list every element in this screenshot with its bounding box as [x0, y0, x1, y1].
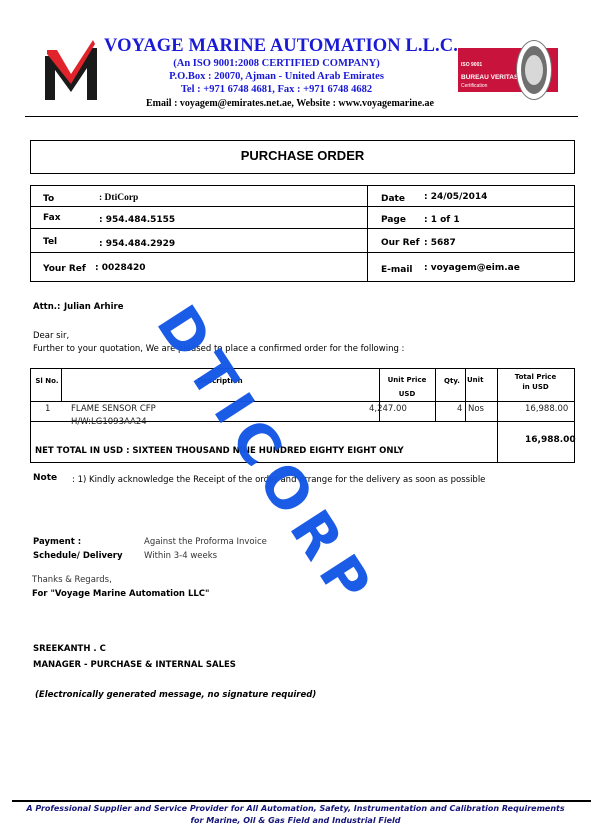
bureau-veritas-seal-icon — [516, 40, 552, 100]
cert-certification-label: Certification — [461, 83, 487, 89]
row-qty: 4 — [457, 404, 462, 414]
net-total-value: 16,988.00 — [525, 435, 576, 445]
col-total-price-currency: in USD — [497, 383, 574, 391]
date-label: Date — [381, 194, 405, 204]
attn-value: Julian Arhire — [64, 302, 123, 312]
to-label: To — [43, 194, 54, 204]
phone-line: Tel : +971 6748 4681, Fax : +971 6748 46… — [104, 84, 449, 95]
note-label: Note — [33, 473, 57, 483]
row-unit-price: 4,247.00 — [369, 404, 407, 414]
tel-value: : 954.484.2929 — [99, 239, 175, 249]
certification-badge: ISO 9001 BUREAU VERITAS Certification — [458, 40, 558, 102]
signatory-name: SREEKANTH . C — [33, 644, 106, 654]
cert-bv-label: BUREAU VERITAS — [461, 74, 518, 81]
net-total-words: NET TOTAL IN USD : SIXTEEN THOUSAND NINE… — [35, 446, 404, 456]
row-description: FLAME SENSOR CFP — [71, 404, 156, 414]
fax-label: Fax — [43, 213, 61, 223]
page-title: PURCHASE ORDER — [31, 148, 574, 163]
contact-line: Email : voyagem@emirates.net.ae, Website… — [100, 98, 480, 109]
regards-text: Thanks & Regards, — [32, 575, 112, 585]
col-unit: Unit — [467, 376, 481, 384]
page-value: : 1 of 1 — [424, 215, 460, 225]
col-qty: Qty. — [435, 377, 469, 385]
header-divider — [25, 116, 578, 117]
for-company: For "Voyage Marine Automation LLC" — [32, 589, 209, 599]
col-description: Description — [61, 377, 379, 385]
our-ref-label: Our Ref — [381, 238, 420, 248]
row-sl-no: 1 — [45, 404, 50, 414]
your-ref-value: : 0028420 — [95, 263, 146, 273]
your-ref-label: Your Ref — [43, 264, 86, 274]
note-text: : 1) Kindly acknowledge the Receipt of t… — [72, 475, 485, 485]
delivery-value: Within 3-4 weeks — [144, 551, 217, 561]
disclaimer: (Electronically generated message, no si… — [35, 690, 316, 700]
email-label: E-mail — [381, 265, 413, 275]
row-part-number: H/W:LG1093AA24 — [71, 417, 147, 427]
fax-value: : 954.484.5155 — [99, 215, 175, 225]
row-unit: Nos — [468, 404, 484, 414]
payment-label: Payment : — [33, 537, 81, 547]
certification-line: (An ISO 9001:2008 CERTIFIED COMPANY) — [104, 58, 449, 69]
col-unit-price-currency: USD — [379, 390, 435, 398]
footer-tagline-1: A Professional Supplier and Service Prov… — [0, 804, 591, 813]
signatory-title: MANAGER - PURCHASE & INTERNAL SALES — [33, 660, 236, 670]
info-table: To : DtiCorp Fax : 954.484.5155 Tel : 95… — [30, 185, 575, 282]
delivery-label: Schedule/ Delivery — [33, 551, 123, 561]
page-label: Page — [381, 215, 406, 225]
footer-divider — [12, 800, 591, 802]
salutation: Dear sir, — [33, 331, 69, 341]
address-line: P.O.Box : 20070, Ajman - United Arab Emi… — [104, 71, 449, 82]
footer-tagline-2: for Marine, Oil & Gas Field and Industri… — [0, 816, 591, 825]
cert-iso-label: ISO 9001 — [461, 62, 482, 68]
intro-text: Further to your quotation, We are please… — [33, 344, 404, 354]
col-unit-price: Unit Price — [379, 376, 435, 384]
items-table: Sl No. Description Unit Price USD Qty. U… — [30, 368, 575, 463]
payment-value: Against the Proforma Invoice — [144, 537, 267, 547]
to-value: : DtiCorp — [99, 193, 138, 203]
col-total-price: Total Price — [497, 373, 574, 381]
tel-label: Tel — [43, 237, 57, 247]
company-name: VOYAGE MARINE AUTOMATION L.L.C. — [104, 36, 449, 57]
col-sl-no: Sl No. — [33, 377, 61, 385]
title-box: PURCHASE ORDER — [30, 140, 575, 174]
email-value: : voyagem@eim.ae — [424, 263, 520, 273]
vm-logo-icon — [45, 40, 97, 100]
company-logo — [45, 40, 97, 100]
date-value: : 24/05/2014 — [424, 192, 487, 202]
our-ref-value: : 5687 — [424, 238, 456, 248]
attn-label: Attn.: — [33, 302, 60, 312]
row-total: 16,988.00 — [525, 404, 568, 414]
